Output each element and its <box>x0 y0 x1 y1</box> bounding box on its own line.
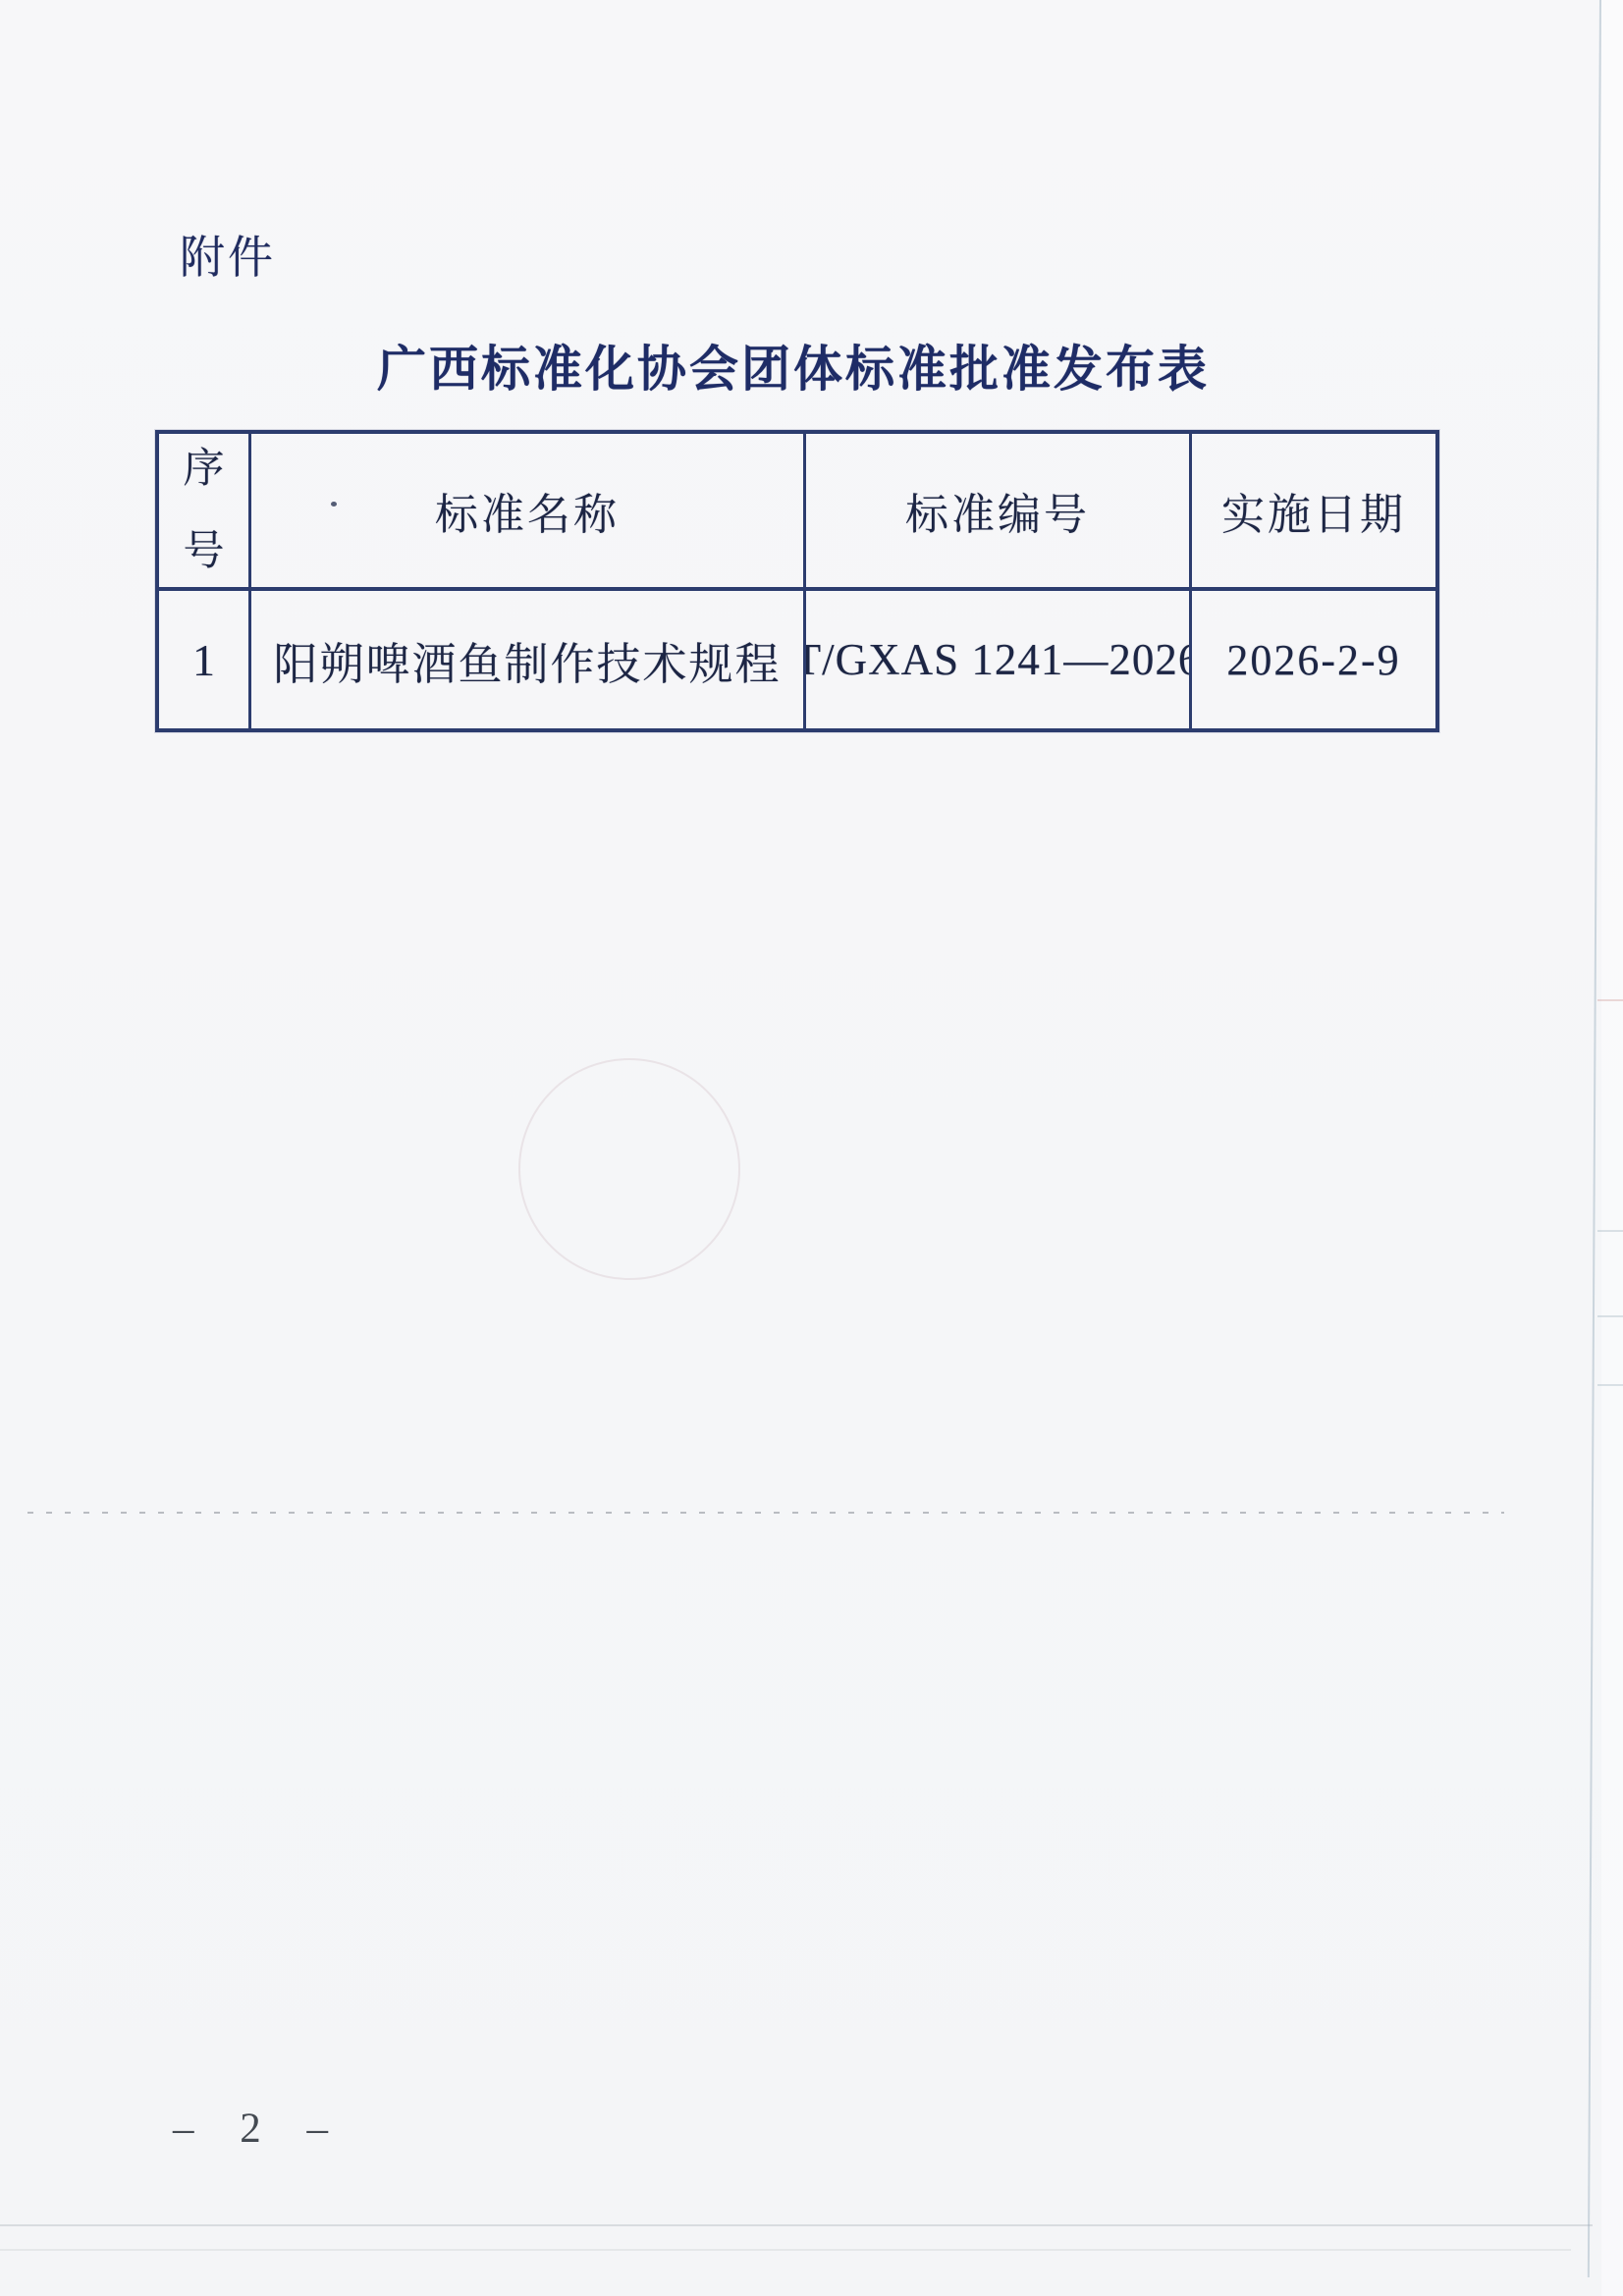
table-row-1-standard-name: 阳朔啤酒鱼制作技术规程 <box>251 591 806 728</box>
column-header-standard-code: 标准编号 <box>806 434 1192 591</box>
column-header-implementation-date: 实施日期 <box>1192 434 1435 591</box>
scan-artifact-ink-dot <box>331 502 337 507</box>
column-header-index: 序 号 <box>159 434 251 591</box>
scan-artifact-right-strip <box>1601 0 1623 2296</box>
column-header-index-line2: 号 <box>183 531 224 572</box>
table-row-1-implementation-date: 2026-2-9 <box>1192 591 1435 728</box>
scan-artifact-edge-tick-1 <box>1597 999 1623 1001</box>
scan-artifact-dotted-line <box>27 1512 1504 1514</box>
table-row-1-standard-code: T/GXAS 1241—2026 <box>806 591 1192 728</box>
scan-artifact-bottom-band-1 <box>0 2224 1593 2226</box>
scanned-document-page: 附件 广西标准化协会团体标准批准发布表 序 号 标准名称 标准编号 实施日期 1… <box>0 0 1623 2296</box>
column-header-standard-name: 标准名称 <box>251 434 806 591</box>
table-row-1-index: 1 <box>159 591 251 728</box>
scan-artifact-edge-tick-2 <box>1597 1230 1623 1232</box>
scan-artifact-bleed-through-seal <box>518 1058 740 1280</box>
page-title: 广西标准化协会团体标准批准发布表 <box>155 330 1432 400</box>
column-header-index-line1: 序 <box>183 449 224 490</box>
scan-artifact-edge-tick-3 <box>1597 1315 1623 1317</box>
scan-artifact-vertical-line <box>1588 0 1601 2277</box>
scan-artifact-bottom-band-2 <box>0 2249 1571 2251</box>
page-number: – 2 – <box>173 2105 346 2153</box>
standards-approval-table: 序 号 标准名称 标准编号 实施日期 1 阳朔啤酒鱼制作技术规程 T/GXAS … <box>155 430 1439 732</box>
attachment-label: 附件 <box>180 222 276 287</box>
scan-artifact-edge-tick-4 <box>1597 1384 1623 1386</box>
